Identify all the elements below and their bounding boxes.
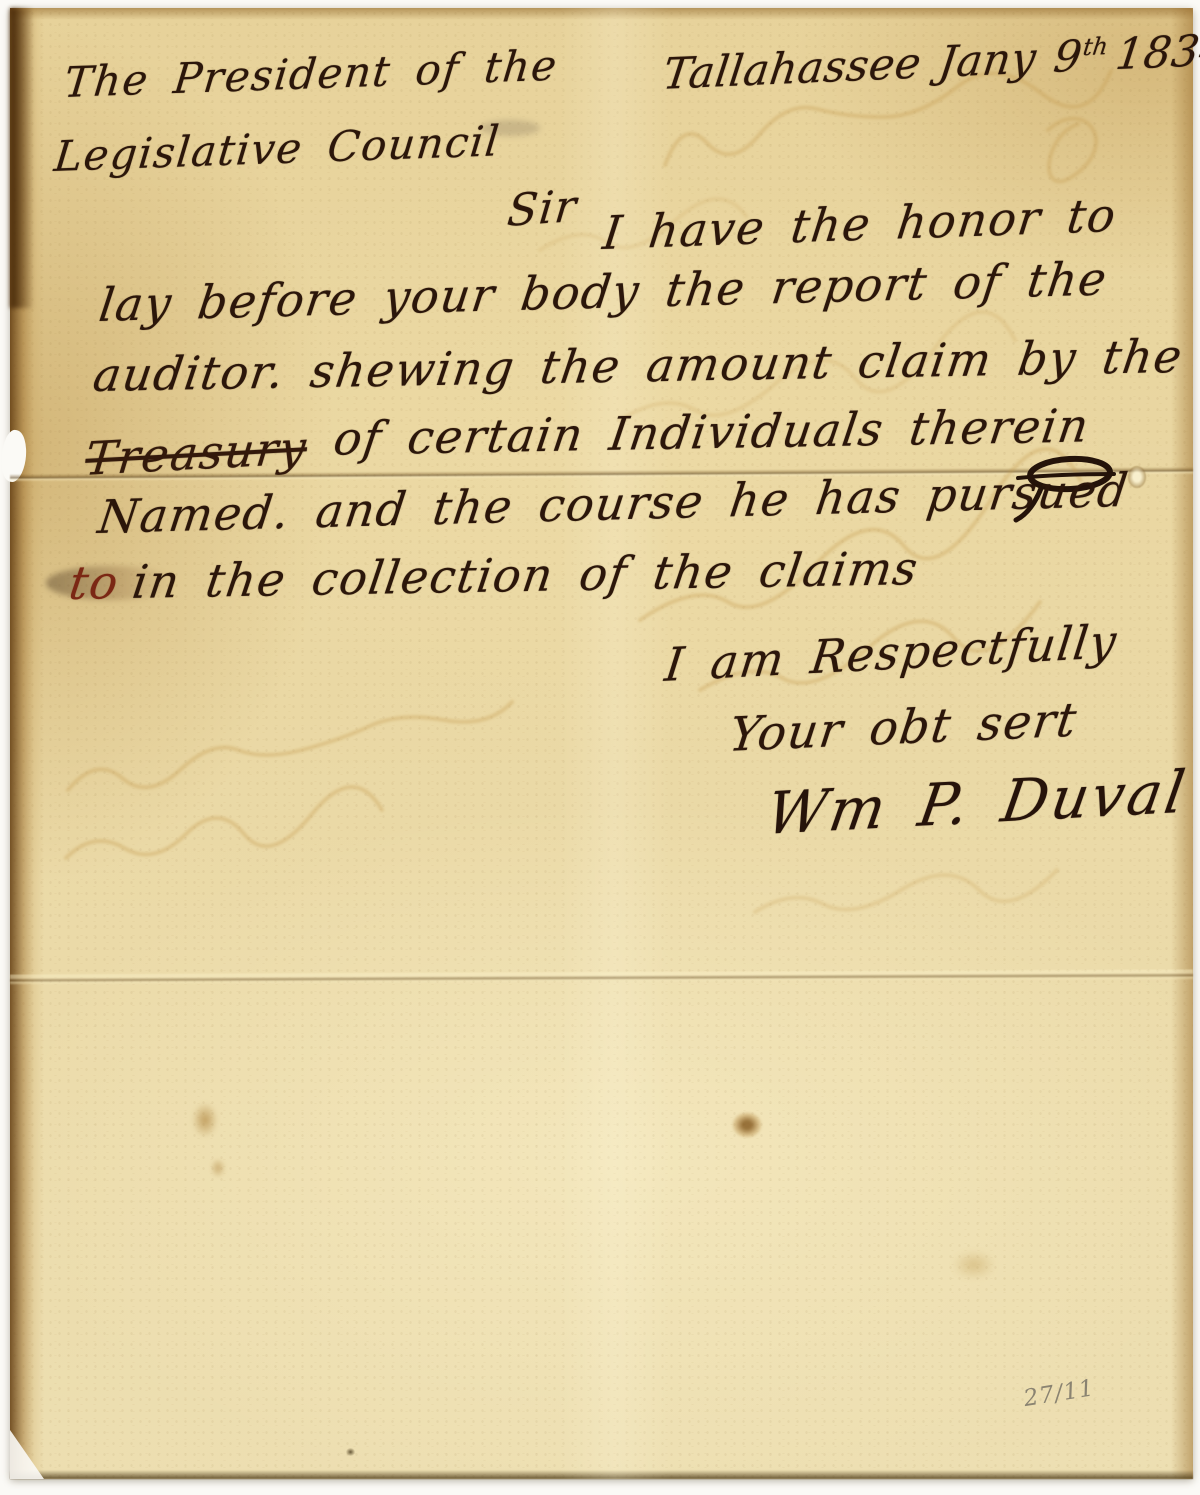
dateline-ordinal: th	[1081, 32, 1109, 61]
dateline-year: 1834	[1113, 25, 1200, 80]
stain	[192, 1102, 218, 1138]
inserted-word: to	[66, 555, 123, 610]
salutation: Sir	[505, 181, 580, 237]
stain	[952, 1250, 996, 1280]
stain	[210, 1158, 226, 1178]
stain	[732, 1112, 762, 1138]
stain	[346, 1448, 355, 1456]
letter-scan: The President of the Legislative Council…	[0, 0, 1200, 1495]
